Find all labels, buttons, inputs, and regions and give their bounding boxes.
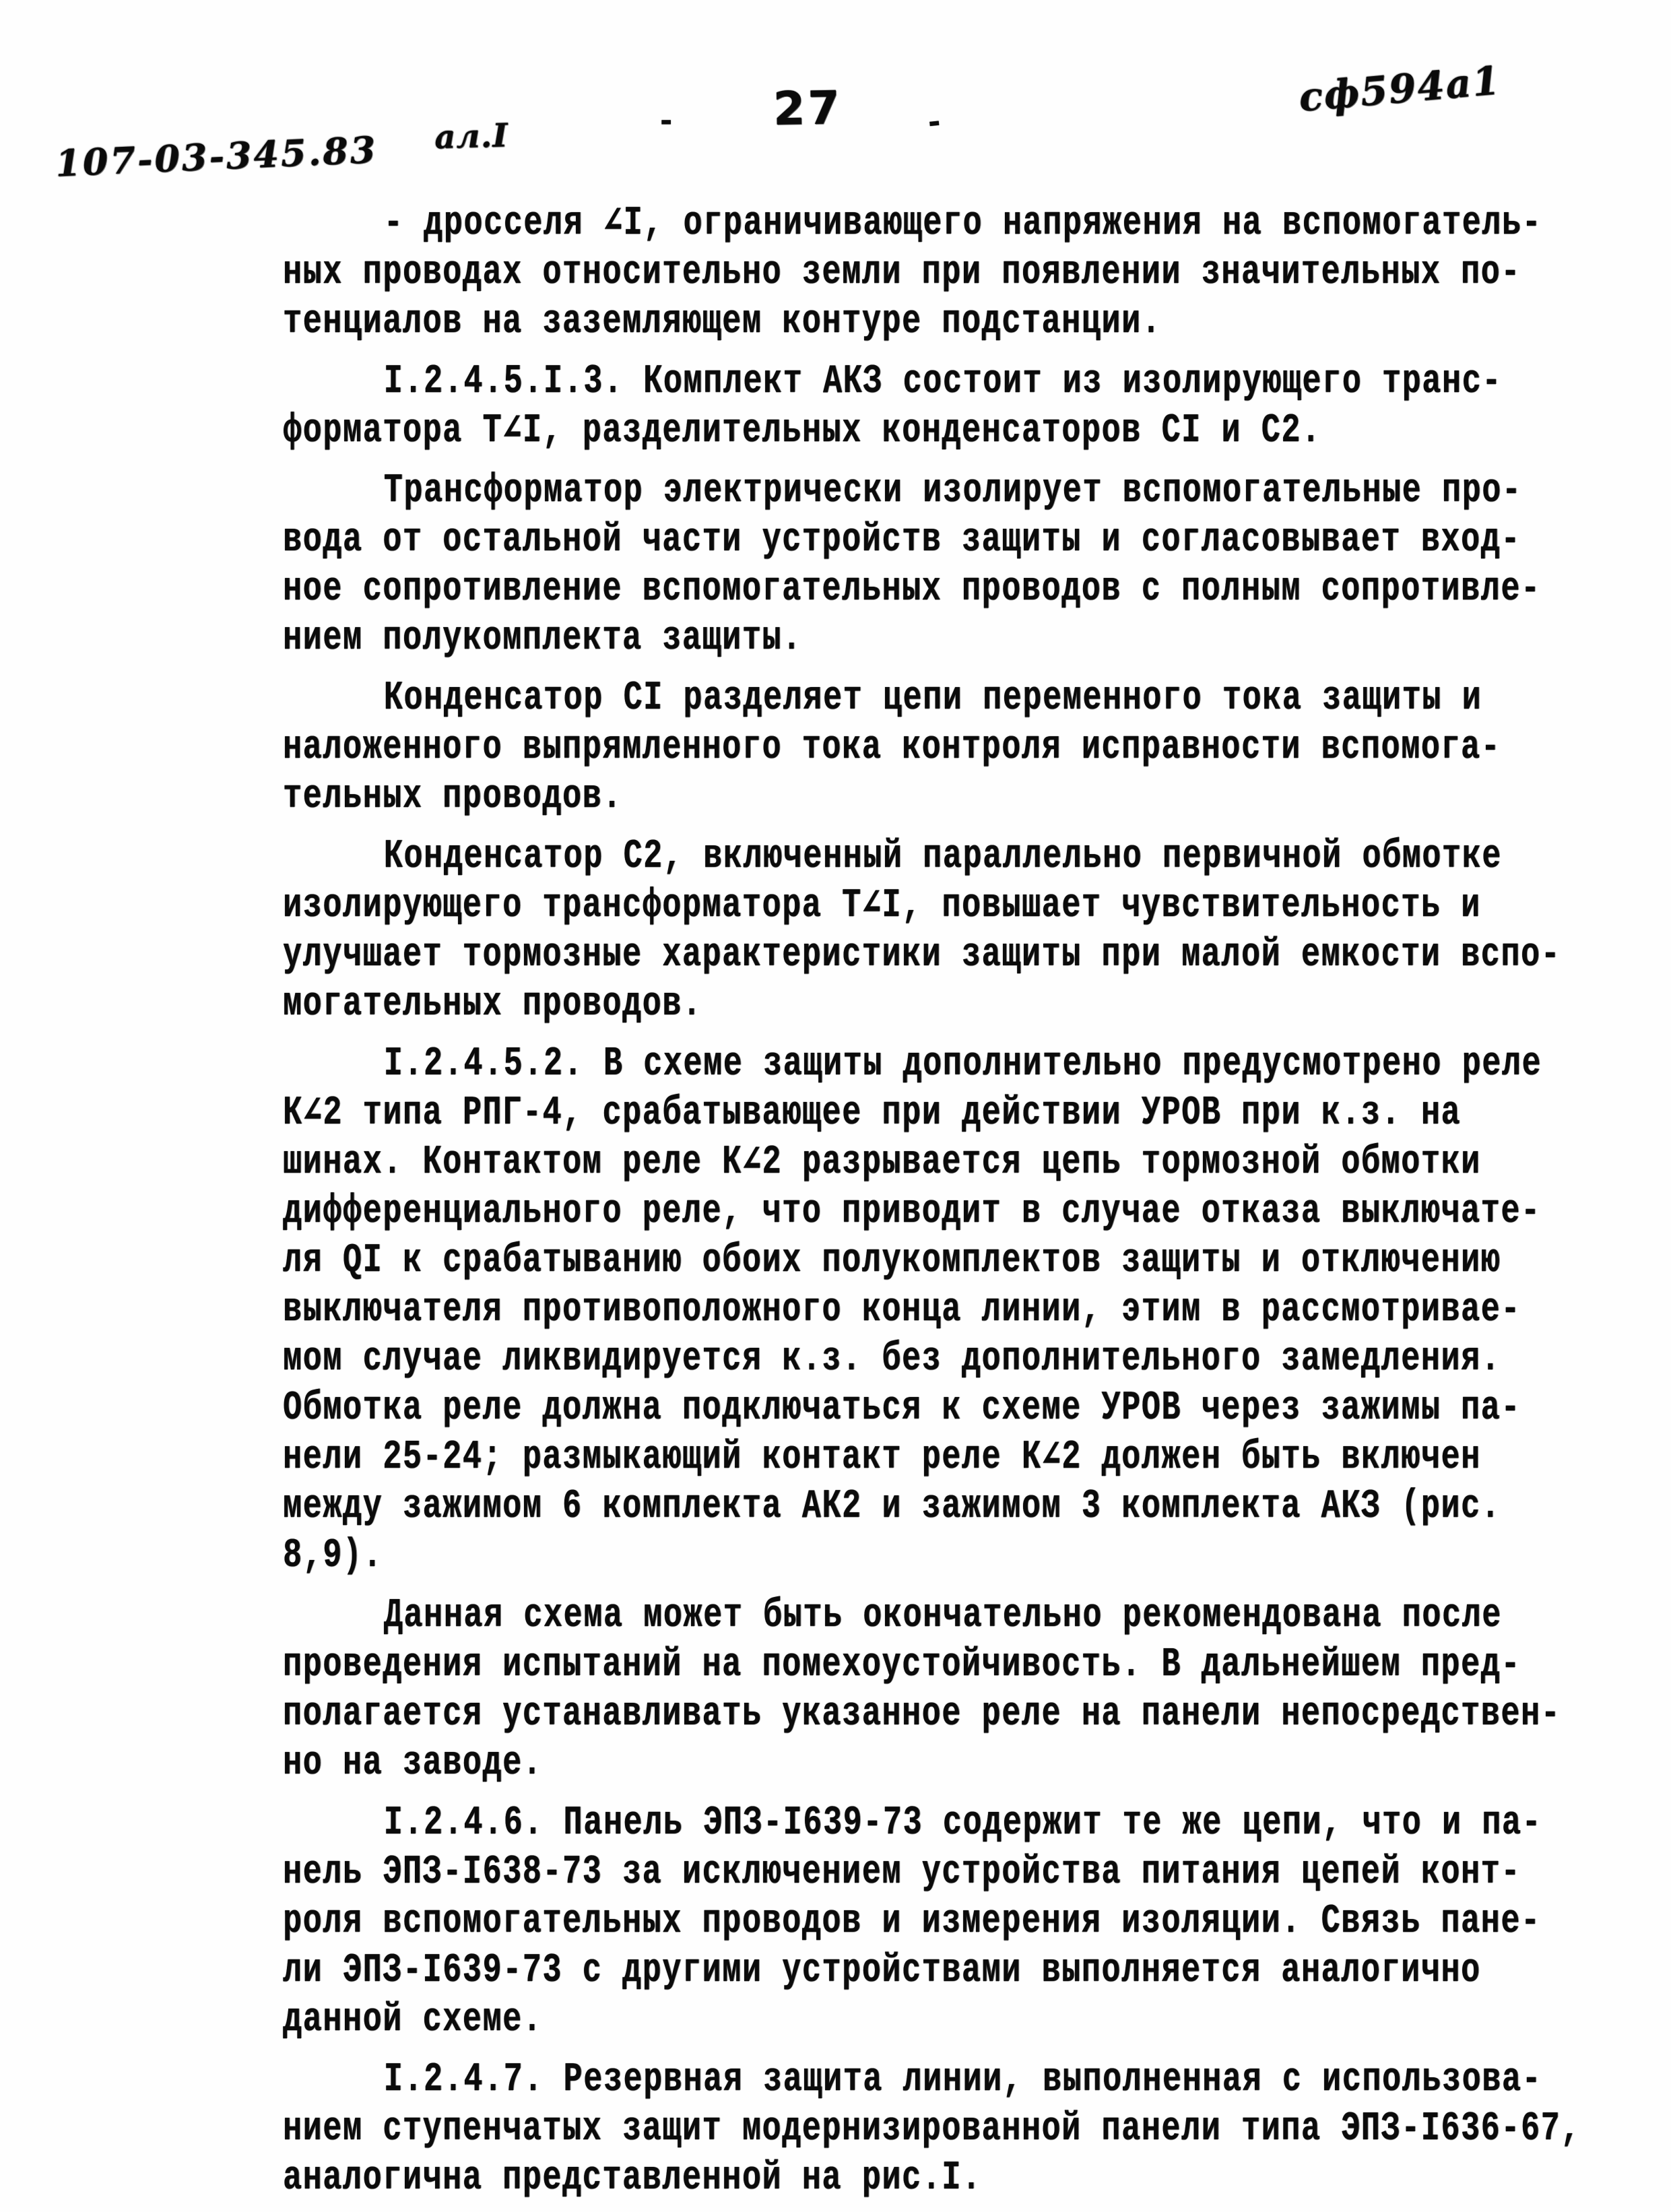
- text-line: улучшает тормозные характеристики защиты…: [283, 931, 1323, 980]
- text-line: между зажимом 6 комплекта АК2 и зажимом …: [283, 1483, 1323, 1532]
- paragraph: Конденсатор С2, включенный параллельно п…: [283, 833, 1616, 1029]
- handwritten-document-code: 107-03-345.83 ал.I: [55, 122, 510, 185]
- text-body: - дросселя ∠I, ограничивающего напряжени…: [283, 199, 1616, 2203]
- text-line: - дросселя ∠I, ограничивающего напряжени…: [283, 199, 1323, 249]
- text-line: мом случае ликвидируется к.з. без дополн…: [283, 1335, 1323, 1384]
- archive-mark-text: сф594а1: [1297, 57, 1503, 121]
- paragraph: I.2.4.5.2. В схеме защиты дополнительно …: [283, 1040, 1616, 1581]
- paragraph: Конденсатор СI разделяет цепи переменног…: [283, 674, 1616, 822]
- text-line: Конденсатор С2, включенный параллельно п…: [283, 833, 1323, 882]
- paragraph: I.2.4.5.I.3. Комплект АКЗ состоит из изо…: [283, 358, 1616, 456]
- page-number: 27: [773, 86, 843, 133]
- paragraph: I.2.4.7. Резервная защита линии, выполне…: [283, 2056, 1616, 2203]
- text-line: но на заводе.: [283, 1739, 1323, 1788]
- text-line: наложенного выпрямленного тока контроля …: [283, 723, 1323, 773]
- text-line: могательных проводов.: [283, 980, 1323, 1029]
- text-line: тельных проводов.: [283, 773, 1323, 822]
- text-line: тенциалов на заземляющем контуре подстан…: [283, 298, 1323, 347]
- text-line: аналогична представленной на рис.I.: [283, 2154, 1323, 2203]
- document-code-suffix: ал.I: [434, 117, 509, 156]
- page-number-right-dash: -: [927, 107, 942, 138]
- paragraph: I.2.4.6. Панель ЭПЗ-I639-73 содержит те …: [283, 1799, 1616, 2045]
- text-line: ля QI к срабатыванию обоих полукомплекто…: [283, 1237, 1323, 1286]
- text-line: полагается устанавливать указанное реле …: [283, 1690, 1323, 1739]
- text-line: форматора Т∠I, разделительных конденсато…: [283, 407, 1323, 456]
- text-line: вода от остальной части устройств защиты…: [283, 516, 1323, 565]
- text-line: ное сопротивление вспомогательных провод…: [283, 565, 1323, 614]
- text-line: нием ступенчатых защит модернизированной…: [283, 2105, 1323, 2154]
- text-line: нели 25-24; размыкающий контакт реле К∠2…: [283, 1433, 1323, 1483]
- paragraph: Трансформатор электрически изолирует всп…: [283, 467, 1616, 663]
- text-line: шинах. Контактом реле К∠2 разрывается це…: [283, 1138, 1323, 1188]
- text-line: данной схеме.: [283, 1996, 1323, 2045]
- page-number-left-dash: -: [660, 106, 672, 136]
- document-code-text: 107-03-345.83: [55, 128, 379, 185]
- paragraph: - дросселя ∠I, ограничивающего напряжени…: [283, 199, 1616, 347]
- text-line: I.2.4.6. Панель ЭПЗ-I639-73 содержит те …: [283, 1799, 1323, 1848]
- text-line: ли ЭПЗ-I639-73 с другими устройствами вы…: [283, 1947, 1323, 1996]
- handwritten-archive-mark: сф594а1: [1297, 57, 1503, 121]
- text-line: выключателя противоположного конца линии…: [283, 1286, 1323, 1335]
- text-line: Обмотка реле должна подключаться к схеме…: [283, 1384, 1323, 1433]
- text-line: 8,9).: [283, 1532, 1323, 1581]
- text-line: I.2.4.5.2. В схеме защиты дополнительно …: [283, 1040, 1323, 1089]
- text-line: дифференциального реле, что приводит в с…: [283, 1188, 1323, 1237]
- paragraph: Данная схема может быть окончательно рек…: [283, 1592, 1616, 1788]
- text-line: ных проводах относительно земли при появ…: [283, 249, 1323, 298]
- scanned-document-page: 107-03-345.83 ал.I сф594а1 - 27 - - дрос…: [0, 0, 1671, 2212]
- text-line: изолирующего трансформатора Т∠I, повышае…: [283, 882, 1323, 931]
- text-line: нием полукомплекта защиты.: [283, 614, 1323, 663]
- text-line: I.2.4.7. Резервная защита линии, выполне…: [283, 2056, 1323, 2105]
- text-line: Трансформатор электрически изолирует всп…: [283, 467, 1323, 516]
- text-line: Конденсатор СI разделяет цепи переменног…: [283, 674, 1323, 723]
- text-line: I.2.4.5.I.3. Комплект АКЗ состоит из изо…: [283, 358, 1323, 407]
- text-line: проведения испытаний на помехоустойчивос…: [283, 1641, 1323, 1690]
- text-line: Данная схема может быть окончательно рек…: [283, 1592, 1323, 1641]
- text-line: нель ЭПЗ-I638-73 за исключением устройст…: [283, 1848, 1323, 1897]
- text-line: роля вспомогательных проводов и измерени…: [283, 1897, 1323, 1947]
- text-line: К∠2 типа РПГ-4, срабатывающее при действ…: [283, 1089, 1323, 1138]
